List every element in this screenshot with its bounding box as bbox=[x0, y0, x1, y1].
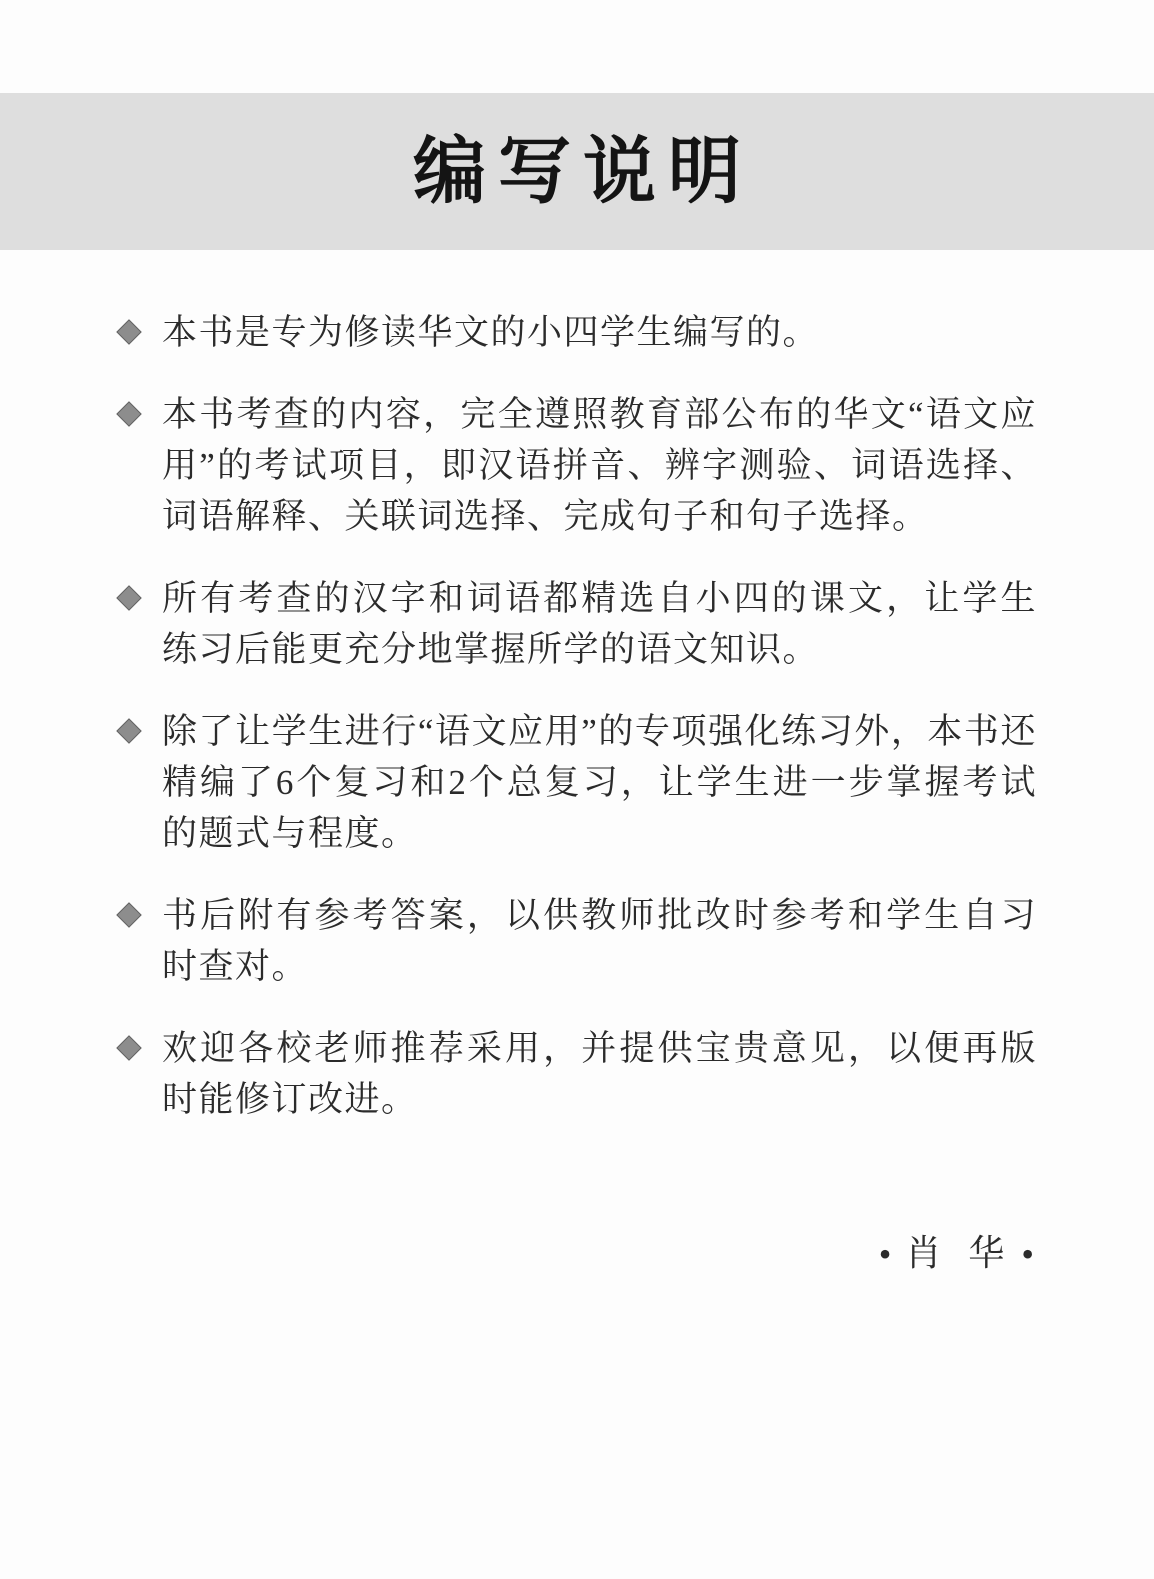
bullet-text: 所有考查的汉字和词语都精选自小四的课文，让学生练习后能更充分地掌握所学的语文知识… bbox=[162, 573, 1037, 675]
title-banner: 编写说明 bbox=[0, 93, 1154, 250]
diamond-bullet-icon bbox=[116, 1035, 141, 1060]
signature: • 肖 华 • bbox=[879, 1232, 1034, 1275]
bullet-text: 书后附有参考答案，以供教师批改时参考和学生自习时查对。 bbox=[162, 890, 1037, 992]
diamond-bullet-icon bbox=[116, 718, 141, 743]
author-name: 肖 华 bbox=[905, 1232, 1007, 1275]
bullet-item: 欢迎各校老师推荐采用，并提供宝贵意见，以便再版时能修订改进。 bbox=[115, 1023, 1037, 1125]
bullet-list: 本书是专为修读华文的小四学生编写的。 本书考查的内容，完全遵照教育部公布的华文“… bbox=[115, 307, 1037, 1156]
book-page: 编写说明 本书是专为修读华文的小四学生编写的。 本书考查的内容，完全遵照教育部公… bbox=[0, 0, 1154, 1579]
signature-dot-icon: • bbox=[879, 1236, 892, 1272]
diamond-bullet-icon bbox=[116, 585, 141, 610]
signature-dot-icon: • bbox=[1021, 1236, 1034, 1272]
page-title: 编写说明 bbox=[413, 135, 753, 208]
bullet-text: 本书考查的内容，完全遵照教育部公布的华文“语文应用”的考试项目，即汉语拼音、辨字… bbox=[162, 389, 1037, 542]
bullet-item: 除了让学生进行“语文应用”的专项强化练习外，本书还精编了6个复习和2个总复习，让… bbox=[115, 706, 1037, 859]
bullet-item: 所有考查的汉字和词语都精选自小四的课文，让学生练习后能更充分地掌握所学的语文知识… bbox=[115, 573, 1037, 675]
diamond-bullet-icon bbox=[116, 319, 141, 344]
diamond-bullet-icon bbox=[116, 401, 141, 426]
bullet-text: 本书是专为修读华文的小四学生编写的。 bbox=[162, 307, 1037, 358]
bullet-item: 本书是专为修读华文的小四学生编写的。 bbox=[115, 307, 1037, 358]
diamond-bullet-icon bbox=[116, 902, 141, 927]
bullet-text: 欢迎各校老师推荐采用，并提供宝贵意见，以便再版时能修订改进。 bbox=[162, 1023, 1037, 1125]
bullet-text: 除了让学生进行“语文应用”的专项强化练习外，本书还精编了6个复习和2个总复习，让… bbox=[162, 706, 1037, 859]
bullet-item: 书后附有参考答案，以供教师批改时参考和学生自习时查对。 bbox=[115, 890, 1037, 992]
bullet-item: 本书考查的内容，完全遵照教育部公布的华文“语文应用”的考试项目，即汉语拼音、辨字… bbox=[115, 389, 1037, 542]
